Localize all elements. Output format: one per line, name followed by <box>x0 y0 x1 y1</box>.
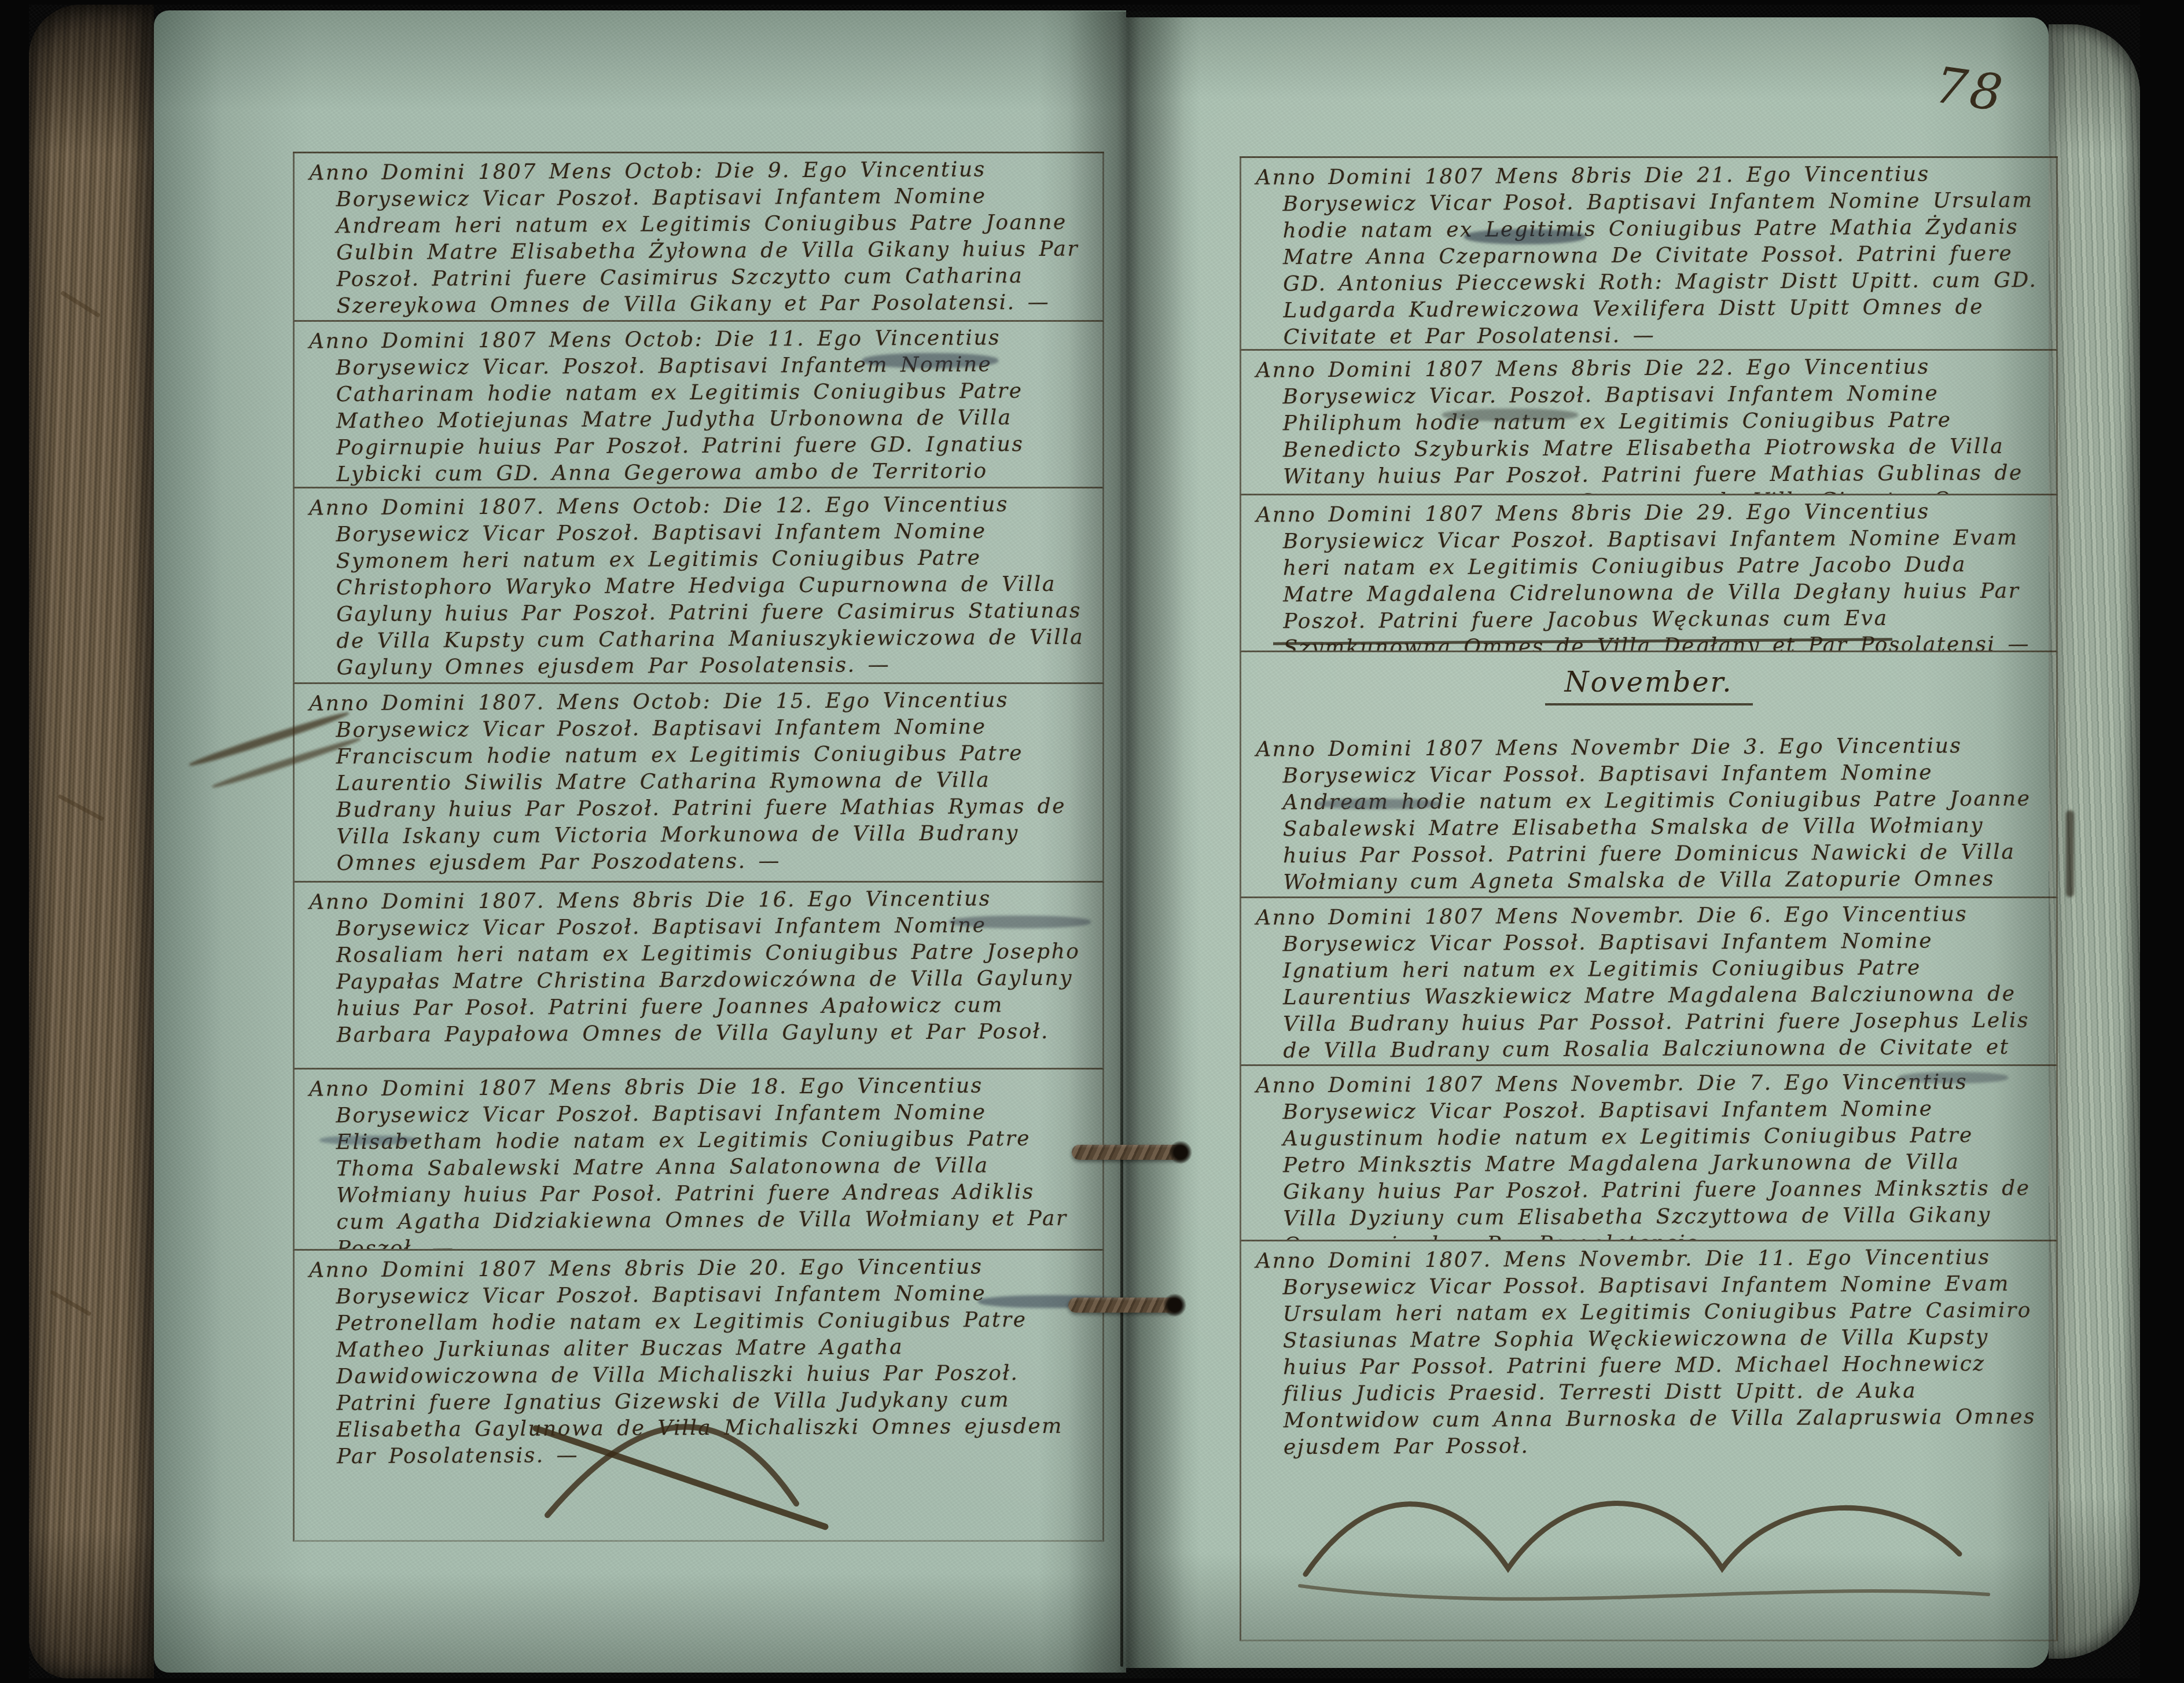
right-register-table: Poszoła ty. Anno Domini 1807 Mens 8bris … <box>1240 156 2058 1641</box>
entry-text: Anno Domini 1807. Mens Octob: Die 15. Eg… <box>294 684 1103 877</box>
table-row: Pogirnupie Anno Domini 1807 Mens Octob: … <box>293 322 1104 488</box>
table-row: Gayluny Anno Domini 1807. Mens Octob: Di… <box>293 488 1104 684</box>
entry-text: Anno Domini 1807 Mens 8bris Die 22. Ego … <box>1241 351 2057 495</box>
entry-text: Anno Domini 1807 Mens Octob: Die 9. Ego … <box>294 153 1102 320</box>
entry-text: Anno Domini 1807 Mens Novembr. Die 7. Eg… <box>1241 1066 2057 1241</box>
table-row: Gikany Anno Domini 1807 Mens Novembr. Di… <box>1240 1066 2058 1241</box>
entry-text: Anno Domini 1807. Mens Octob: Die 12. Eg… <box>294 488 1103 682</box>
entry-text: Anno Domini 1807 Mens Octob: Die 11. Ego… <box>294 322 1103 488</box>
table-row: Budra ny Anno Domini 1807 Mens Novembr. … <box>1240 898 2058 1066</box>
book-page-stack-right <box>2049 24 2140 1659</box>
table-row: Wołmia ny. Anno Domini 1807 Mens 8bris D… <box>293 1070 1104 1251</box>
binding-cord <box>1068 1298 1182 1313</box>
table-row: Degłany Anno Domini 1807 Mens 8bris Die … <box>1240 495 2058 652</box>
entry-text: Anno Domini 1807 Mens 8bris Die 18. Ego … <box>294 1070 1103 1251</box>
binding-cord <box>1072 1145 1187 1160</box>
book-page-stack-left <box>29 5 154 1678</box>
table-row: Kupsty Anno Domini 1807. Mens Novembr. D… <box>1240 1241 2058 1508</box>
entry-text: Anno Domini 1807 Mens Novembr. Die 6. Eg… <box>1241 898 2057 1066</box>
table-row: Wołmia ny Anno Domini 1807 Mens Novembr … <box>1240 730 2058 898</box>
entry-text: Anno Domini 1807 Mens 8bris Die 29. Ego … <box>1241 495 2056 652</box>
table-row: Poszoła ty. Anno Domini 1807 Mens 8bris … <box>1240 158 2058 351</box>
entry-text: Anno Domini 1807 Mens 8bris Die 20. Ego … <box>294 1251 1103 1471</box>
entry-text: Anno Domini 1807. Mens 8bris Die 16. Ego… <box>294 883 1102 1049</box>
left-page: Gikany. Anno Domini 1807 Mens Octob: Die… <box>154 10 1126 1673</box>
table-row: Gayluny. Anno Domini 1807. Mens 8bris Di… <box>293 883 1104 1070</box>
month-header-row: November. <box>1240 652 2058 730</box>
flourish-row <box>1240 1508 2058 1641</box>
table-row: Micha liszki Anno Domini 1807 Mens 8bris… <box>293 1251 1104 1542</box>
right-page: 78 Poszoła ty. Anno Domini 1807 Mens 8br… <box>1126 17 2049 1668</box>
entry-text: Anno Domini 1807 Mens Novembr Die 3. Ego… <box>1241 730 2057 898</box>
entry-text: Anno Domini 1807. Mens Novembr. Die 11. … <box>1241 1241 2057 1461</box>
entry-text: Anno Domini 1807 Mens 8bris Die 21. Ego … <box>1241 158 2057 351</box>
table-row: Gikany. Anno Domini 1807 Mens Octob: Die… <box>293 153 1104 322</box>
table-row: Witany Anno Domini 1807 Mens 8bris Die 2… <box>1240 351 2058 495</box>
binding-crease <box>1120 139 1123 1667</box>
table-row: Budrany Anno Domini 1807. Mens Octob: Di… <box>293 684 1104 883</box>
page-number: 78 <box>1932 59 2009 120</box>
month-header: November. <box>1545 666 1753 705</box>
left-register-table: Gikany. Anno Domini 1807 Mens Octob: Die… <box>293 152 1104 1542</box>
scanned-register-page: Gikany. Anno Domini 1807 Mens Octob: Die… <box>0 0 2184 1683</box>
